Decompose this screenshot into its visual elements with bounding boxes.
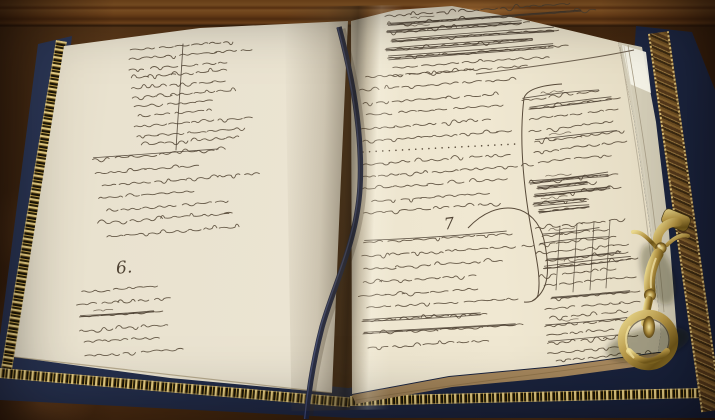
- photo-scene: 6. 7: [0, 0, 715, 420]
